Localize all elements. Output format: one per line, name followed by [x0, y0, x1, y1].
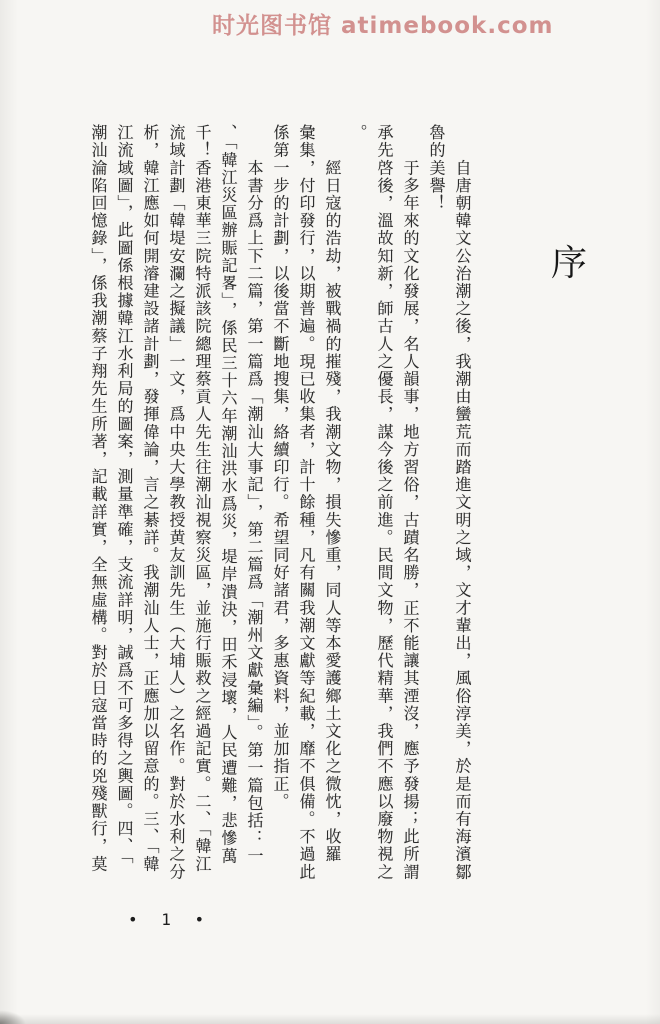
text-column: 係第一步的計劃，以後當不斷地搜集，絡續印行。希望同好諸君，多惠資料，並加指正。 — [267, 124, 293, 908]
page-text: 自唐朝韓文公治潮之後，我潮由蠻荒而踏進文明之域，文才輩出，風俗淳美，於是而有海濱… — [0, 0, 660, 1024]
text-column: 經日寇的浩劫，被戰禍的摧殘，我潮文物，損失慘重，同人等本愛護鄉土文化之微忱，收羅 — [319, 124, 345, 908]
text-column: 流域計劃「韓堤安瀾之擬議」一文，爲中央大學教授黄友訓先生（大埔人）之名作。對於水… — [163, 124, 189, 908]
text-column: 千！香港東華三院特派該院總理蔡貢人先生往潮汕視察災區，並施行賑救之經過記實。二、… — [189, 124, 215, 908]
page-number: • 1 • — [128, 910, 211, 929]
text-column: 彙集，付印發行，以期普遍。現已收集者，計十餘種，凡有關我潮文獻等紀載，靡不俱備。… — [293, 124, 319, 908]
text-column: 、「韓江災區辦賑記畧」，係民三十六年潮汕洪水爲災，堤岸潰決，田禾浸壞，人民遭難，… — [215, 124, 241, 908]
text-column: 江流域圖」，此圖係根據韓江水利局的圖案，測量準確，支流詳明，誠爲不可多得之輿圖。… — [111, 124, 137, 908]
scanned-book-page: 时光图书馆 atimebook.com 序 自唐朝韓文公治潮之後，我潮由蠻荒而踏… — [0, 0, 660, 1024]
text-column: 析，韓江應如何開濬建設諸計劃，發揮偉論，言之綦詳。我潮汕人士，正應加以留意的。三… — [137, 124, 163, 908]
text-column: 。 — [345, 124, 371, 908]
scan-smudge — [0, 1010, 26, 1024]
text-column: 于多年來的文化發展，名人韻事，地方習俗，古蹟名勝，正不能讓其湮沒，應予發揚；此所… — [397, 124, 423, 908]
text-column: 潮汕淪陷回憶錄」，係我潮蔡子翔先生所著，記載詳實，全無虛構。對於日寇當時的兇殘獸… — [85, 124, 111, 908]
text-column: 自唐朝韓文公治潮之後，我潮由蠻荒而踏進文明之域，文才輩出，風俗淳美，於是而有海濱… — [449, 124, 475, 908]
text-column: 承先啓後，溫故知新，師古人之優長，謀今後之前進。民間文物，歷代精華，我們不應以廢… — [371, 124, 397, 908]
text-column: 魯的美譽！ — [423, 124, 449, 908]
text-column: 本書分爲上下二篇，第一篇爲「潮汕大事記」，第二篇爲「潮州文獻彙編」。第一篇包括：… — [241, 124, 267, 908]
